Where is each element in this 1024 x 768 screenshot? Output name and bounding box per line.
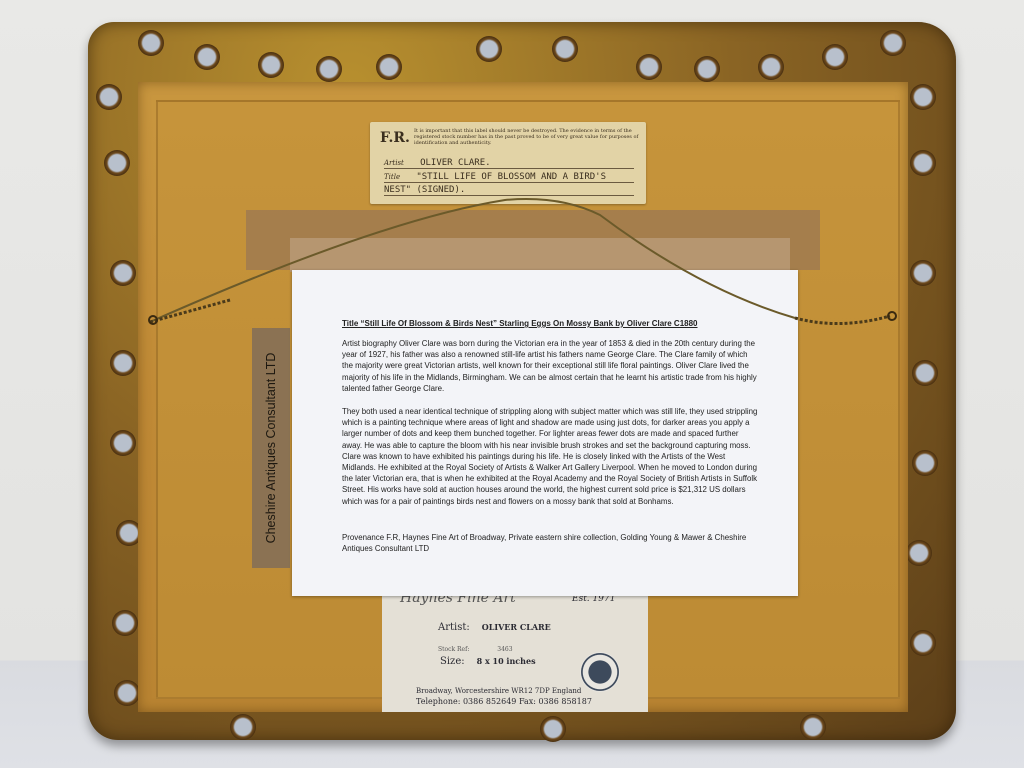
hanging-wire — [0, 0, 1024, 768]
